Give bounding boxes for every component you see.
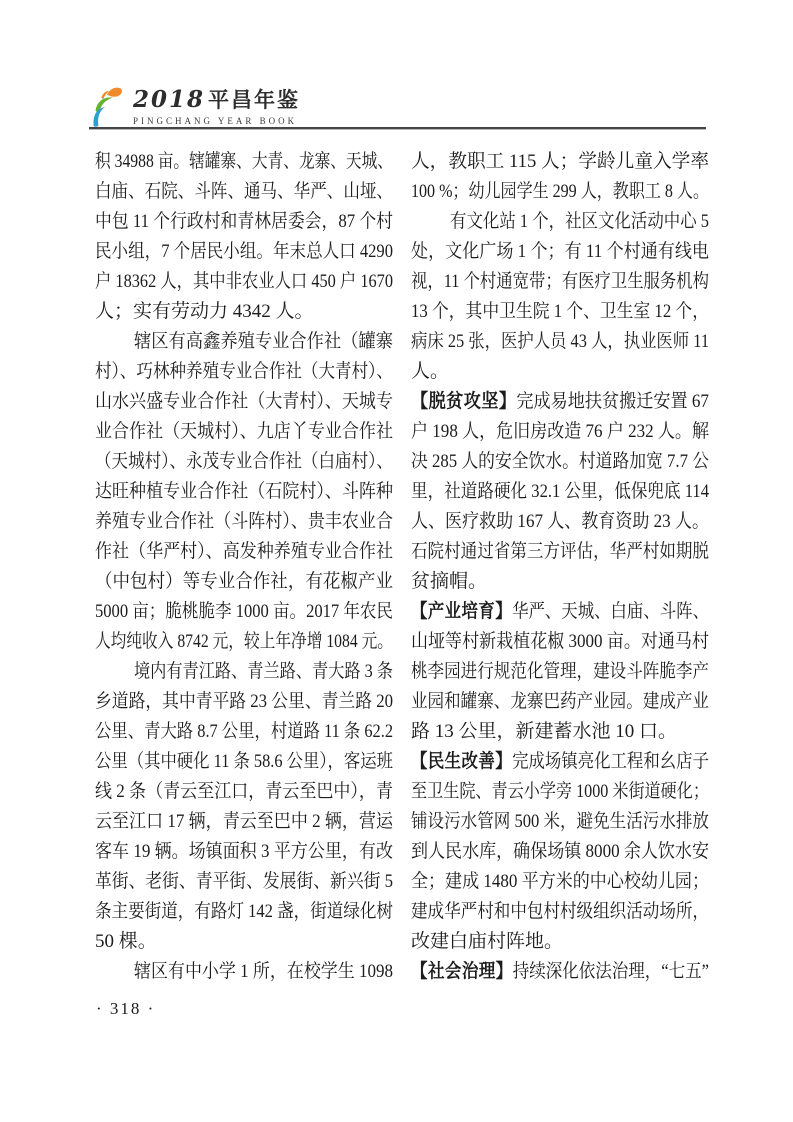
text-line: 户 18362 人，其中非农业人口 450 户 1670 — [95, 267, 393, 297]
text-line: 50 棵。 — [95, 927, 393, 957]
text-line: 人。 — [411, 357, 709, 387]
text-line: 全；建成 1480 平方米的中心校幼儿园； — [411, 867, 709, 897]
text-line: 革街、老街、青平街、发展街、新兴街 5 — [95, 867, 393, 897]
text-line: 境内有青江路、青兰路、青大路 3 条 — [95, 657, 393, 687]
text-line: 辖区有中小学 1 所，在校学生 1098 — [95, 957, 393, 987]
text-line: 公里、青大路 8.7 公里，村道路 11 条 62.2 — [95, 717, 393, 747]
text-line: 处，文化广场 1 个；有 11 个村通有线电 — [411, 237, 709, 267]
text-line: 【产业培育】华严、天城、白庙、斗阵、 — [411, 597, 709, 627]
left-column: 积 34988 亩。辖罐寨、大青、龙寨、天城、白庙、石院、斗阵、通马、华严、山垭… — [95, 147, 393, 987]
text-line: （天城村）、永茂专业合作社（白庙村）、 — [95, 447, 393, 477]
text-line: 达旺种植专业合作社（石院村）、斗阵种 — [95, 477, 393, 507]
text-line: 业合作社（天城村）、九店丫专业合作社 — [95, 417, 393, 447]
text-line: 贫摘帽。 — [411, 567, 709, 597]
text-line: 里，社道路硬化 32.1 公里，低保兜底 114 — [411, 477, 709, 507]
section-heading: 【民生改善】 — [411, 751, 512, 772]
text-line: 人、医疗救助 167 人、教育资助 23 人。 — [411, 507, 709, 537]
text-line: 业园和罐寨、龙寨巴药产业园。建成产业 — [411, 687, 709, 717]
text-line: 有文化站 1 个，社区文化活动中心 5 — [411, 207, 709, 237]
text-line: 13 个，其中卫生院 1 个、卫生室 12 个， — [411, 297, 709, 327]
text-line: 【民生改善】完成场镇亮化工程和幺店子 — [411, 747, 709, 777]
logo-text-block: 2018 平昌年鉴 PINGCHANG YEAR BOOK — [133, 84, 300, 126]
text-line: 【社会治理】持续深化依法治理，“七五” — [411, 957, 709, 987]
text-line: 云至江口 17 辆，青云至巴中 2 辆，营运 — [95, 807, 393, 837]
text-line: 客车 19 辆。场镇面积 3 平方公里，有改 — [95, 837, 393, 867]
page-header: 2018 平昌年鉴 PINGCHANG YEAR BOOK — [88, 84, 300, 128]
yearbook-logo-icon — [88, 86, 126, 128]
logo-year: 2018 — [133, 86, 205, 113]
text-line: 山水兴盛专业合作社（大青村）、天城专 — [95, 387, 393, 417]
logo-title: 平昌年鉴 — [208, 84, 300, 114]
yearbook-page: 2018 平昌年鉴 PINGCHANG YEAR BOOK 积 34988 亩。… — [0, 0, 793, 1122]
text-line: 条主要街道，有路灯 142 盏，街道绿化树 — [95, 897, 393, 927]
section-heading: 【产业培育】 — [411, 601, 512, 622]
text-line: 乡道路，其中青平路 23 公里、青兰路 20 — [95, 687, 393, 717]
header-divider-line — [89, 127, 706, 130]
text-line: 白庙、石院、斗阵、通马、华严、山垭、 — [95, 177, 393, 207]
text-line: 铺设污水管网 500 米，避免生活污水排放 — [411, 807, 709, 837]
text-line: 村）、巧林种养殖专业合作社（大青村）、 — [95, 357, 393, 387]
text-line: 石院村通过省第三方评估，华严村如期脱 — [411, 537, 709, 567]
text-line: 线 2 条（青云至江口，青云至巴中），青 — [95, 777, 393, 807]
logo-subtitle: PINGCHANG YEAR BOOK — [133, 116, 300, 126]
text-line: 山垭等村新栽植花椒 3000 亩。对通马村 — [411, 627, 709, 657]
text-line: 辖区有高鑫养殖专业合作社（罐寨 — [95, 327, 393, 357]
text-line: 改建白庙村阵地。 — [411, 927, 709, 957]
text-line: 5000 亩；脆桃脆李 1000 亩。2017 年农民 — [95, 597, 393, 627]
text-line: 养殖专业合作社（斗阵村）、贵丰农业合 — [95, 507, 393, 537]
text-line: 建成华严村和中包村村级组织活动场所， — [411, 897, 709, 927]
page-number: · 318 · — [96, 999, 155, 1019]
text-line: 人；实有劳动力 4342 人。 — [95, 297, 393, 327]
right-column: 人，教职工 115 人；学龄儿童入学率100 %；幼儿园学生 299 人，教职工… — [411, 147, 709, 987]
text-line: 【脱贫攻坚】完成易地扶贫搬迁安置 67 — [411, 387, 709, 417]
text-line: 视，11 个村通宽带；有医疗卫生服务机构 — [411, 267, 709, 297]
text-line: 人均纯收入 8742 元，较上年净增 1084 元。 — [95, 627, 393, 657]
text-line: 到人民水库，确保场镇 8000 余人饮水安 — [411, 837, 709, 867]
text-line: 中包 11 个行政村和青林居委会，87 个村 — [95, 207, 393, 237]
text-line: 路 13 公里，新建蓄水池 10 口。 — [411, 717, 709, 747]
text-line: 人，教职工 115 人；学龄儿童入学率 — [411, 147, 709, 177]
section-heading: 【社会治理】 — [411, 961, 513, 982]
text-line: 至卫生院、青云小学旁 1000 米街道硬化； — [411, 777, 709, 807]
text-line: 决 285 人的安全饮水。村道路加宽 7.7 公 — [411, 447, 709, 477]
text-line: 桃李园进行规范化管理，建设斗阵脆李产 — [411, 657, 709, 687]
section-heading: 【脱贫攻坚】 — [411, 391, 516, 412]
text-line: 积 34988 亩。辖罐寨、大青、龙寨、天城、 — [95, 147, 393, 177]
text-line: 病床 25 张，医护人员 43 人，执业医师 11 — [411, 327, 709, 357]
text-line: （中包村）等专业合作社，有花椒产业 — [95, 567, 393, 597]
text-line: 户 198 人，危旧房改造 76 户 232 人。解 — [411, 417, 709, 447]
text-line: 100 %；幼儿园学生 299 人，教职工 8 人。 — [411, 177, 709, 207]
text-line: 作社（华严村）、高发种养殖专业合作社 — [95, 537, 393, 567]
text-line: 民小组，7 个居民小组。年末总人口 4290 — [95, 237, 393, 267]
text-line: 公里（其中硬化 11 条 58.6 公里），客运班 — [95, 747, 393, 777]
